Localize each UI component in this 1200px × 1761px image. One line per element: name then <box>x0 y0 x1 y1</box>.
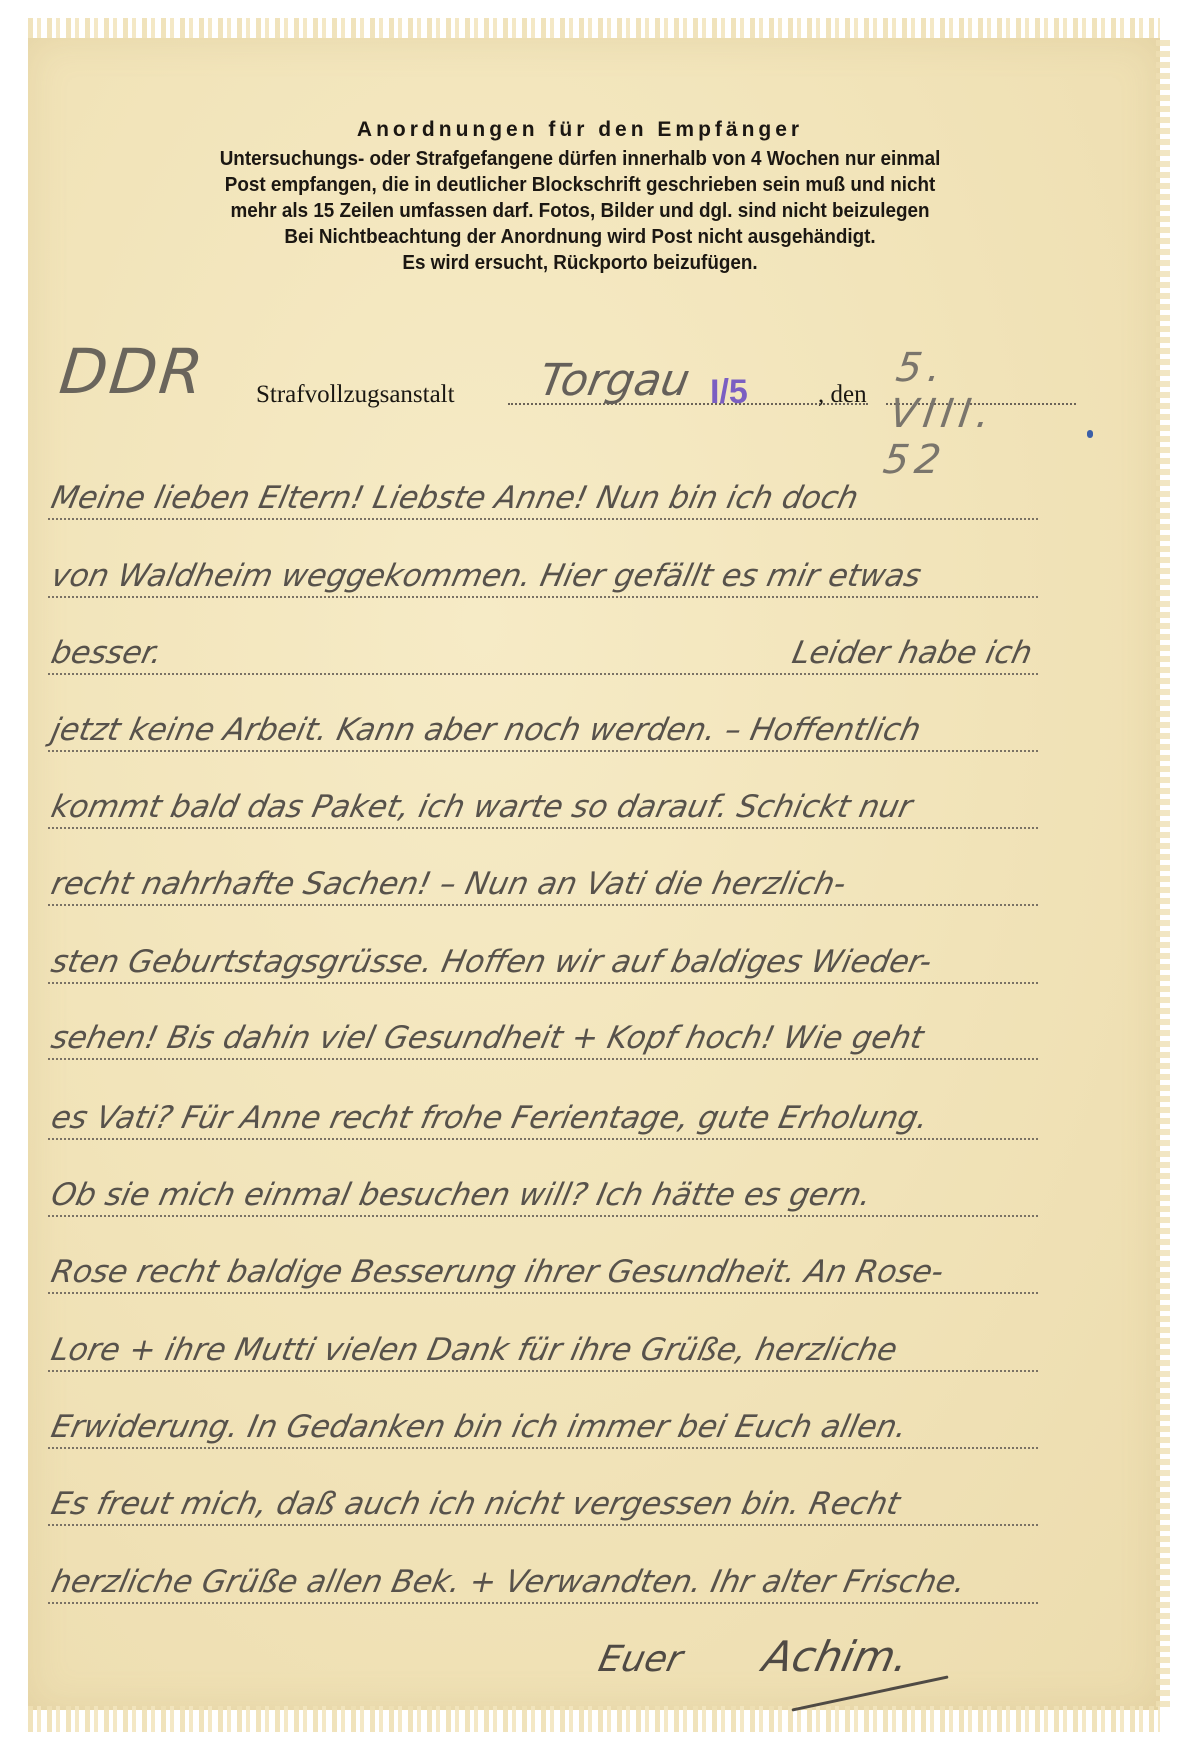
institution-value: Torgau <box>536 355 694 406</box>
letter-line: besser.Leider habe ich <box>48 613 1038 675</box>
recipient-instructions: Anordnungen für den Empfänger Untersuchu… <box>100 118 1060 276</box>
country-handwritten: DDR <box>56 335 208 408</box>
letter-line: kommt bald das Paket, ich warte so darau… <box>48 767 1038 829</box>
line-text: Lore + ihre Mutti vielen Dank für ihre G… <box>48 1332 901 1368</box>
perforated-edge-right <box>1156 40 1170 1710</box>
perforated-edge-bottom <box>28 1706 1160 1732</box>
letter-line: von Waldheim weggekommen. Hier gefällt e… <box>48 536 1038 598</box>
line-text: Meine lieben Eltern! Liebste Anne! Nun b… <box>48 480 862 516</box>
letter-line: es Vati? Für Anne recht frohe Ferientage… <box>48 1078 1038 1140</box>
ink-spot <box>1087 430 1093 438</box>
instructions-line: Es wird ersucht, Rückporto beizufügen. <box>138 250 1021 276</box>
line-text: sten Geburtstagsgrüsse. Hoffen wir auf b… <box>48 944 935 980</box>
line-text: herzliche Grüße allen Bek. + Verwandten.… <box>48 1564 969 1600</box>
letter-line: jetzt keine Arbeit. Kann aber noch werde… <box>48 690 1038 752</box>
instructions-title: Anordnungen für den Empfänger <box>100 118 1060 142</box>
institution-label: Strafvollzugsanstalt <box>256 381 455 409</box>
date-label: , den <box>818 381 867 409</box>
instructions-line: Post empfangen, die in deutlicher Blocks… <box>138 172 1021 198</box>
instructions-line: Bei Nichtbeachtung der Anordnung wird Po… <box>138 224 1021 250</box>
instructions-line: mehr als 15 Zeilen umfassen darf. Fotos,… <box>138 198 1021 224</box>
line-text: von Waldheim weggekommen. Hier gefällt e… <box>48 558 924 594</box>
line-text-right: Leider habe ich <box>789 635 1036 671</box>
letter-line: sten Geburtstagsgrüsse. Hoffen wir auf b… <box>48 922 1038 984</box>
letter-line: Meine lieben Eltern! Liebste Anne! Nun b… <box>48 458 1038 520</box>
line-text: jetzt keine Arbeit. Kann aber noch werde… <box>48 712 924 748</box>
line-text: Erwiderung. In Gedanken bin ich immer be… <box>48 1409 910 1445</box>
letter-line: Erwiderung. In Gedanken bin ich immer be… <box>48 1387 1038 1449</box>
letter-line: Ob sie mich einmal besuchen will? Ich hä… <box>48 1155 1038 1217</box>
letter-line: sehen! Bis dahin viel Gesundheit + Kopf … <box>48 998 1038 1060</box>
letter-line: recht nahrhafte Sachen! – Nun an Vati di… <box>48 844 1038 906</box>
letter-line: herzliche Grüße allen Bek. + Verwandten.… <box>48 1542 1038 1604</box>
institution-date-line: DDR Strafvollzugsanstalt Torgau I/5 , de… <box>60 335 1060 415</box>
letter-line: Es freut mich, daß auch ich nicht verges… <box>48 1464 1038 1526</box>
line-text: Es freut mich, daß auch ich nicht verges… <box>48 1486 903 1522</box>
letter-line: Rose recht baldige Besserung ihrer Gesun… <box>48 1232 1038 1294</box>
line-text: es Vati? Für Anne recht frohe Ferientage… <box>48 1100 931 1136</box>
line-text: Ob sie mich einmal besuchen will? Ich hä… <box>48 1177 875 1213</box>
closing: Euer <box>595 1639 686 1680</box>
signature-block: Euer Achim. <box>595 1632 914 1681</box>
line-text: kommt bald das Paket, ich warte so darau… <box>48 789 916 825</box>
line-text: sehen! Bis dahin viel Gesundheit + Kopf … <box>48 1020 927 1056</box>
line-text: Rose recht baldige Besserung ihrer Gesun… <box>48 1254 947 1290</box>
line-text: besser. <box>48 635 166 671</box>
signature-name: Achim. <box>759 1632 914 1681</box>
stamp-mark: I/5 <box>710 373 748 412</box>
letter-line: Lore + ihre Mutti vielen Dank für ihre G… <box>48 1310 1038 1372</box>
perforated-edge-top <box>28 18 1160 40</box>
line-text: recht nahrhafte Sachen! – Nun an Vati di… <box>48 866 849 902</box>
instructions-line: Untersuchungs- oder Strafgefangene dürfe… <box>138 146 1021 172</box>
